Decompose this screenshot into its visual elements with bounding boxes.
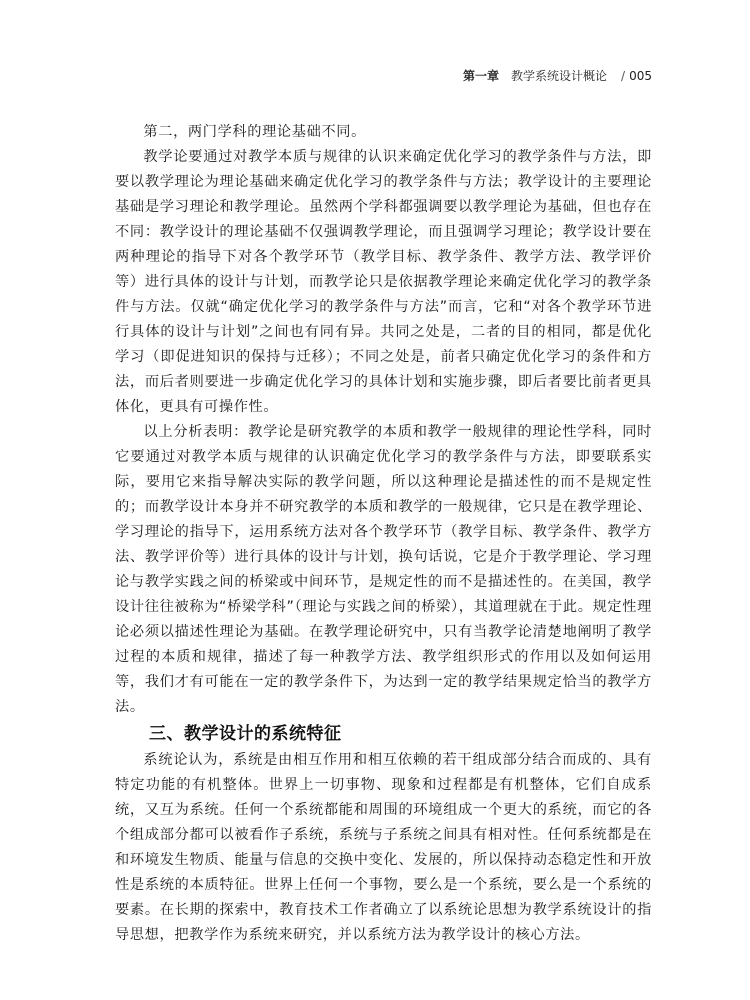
paragraph-system-theory: 系统论认为，系统是由相互作用和相互依赖的若干组成部分结合而成的、具有特定功能的有… [115, 748, 652, 948]
paragraph-theory-basis: 教学论要通过对教学本质与规律的认识来确定优化学习的教学条件与方法，即要以教学理论… [115, 145, 652, 420]
page-body: 第二，两门学科的理论基础不同。 教学论要通过对教学本质与规律的认识来确定优化学习… [115, 120, 652, 948]
chapter-title: 教学系统设计概论 [511, 69, 607, 83]
page-number: 005 [629, 69, 652, 83]
header-separator: / [621, 69, 625, 83]
section-heading: 三、教学设计的系统特征 [115, 720, 652, 748]
running-header: 第一章教学系统设计概论/005 [463, 67, 652, 85]
chapter-label: 第一章 [463, 69, 499, 83]
paragraph-second-point: 第二，两门学科的理论基础不同。 [115, 120, 652, 145]
paragraph-analysis-summary: 以上分析表明：教学论是研究教学的本质和教学一般规律的理论性学科，同时它要通过对教… [115, 420, 652, 720]
